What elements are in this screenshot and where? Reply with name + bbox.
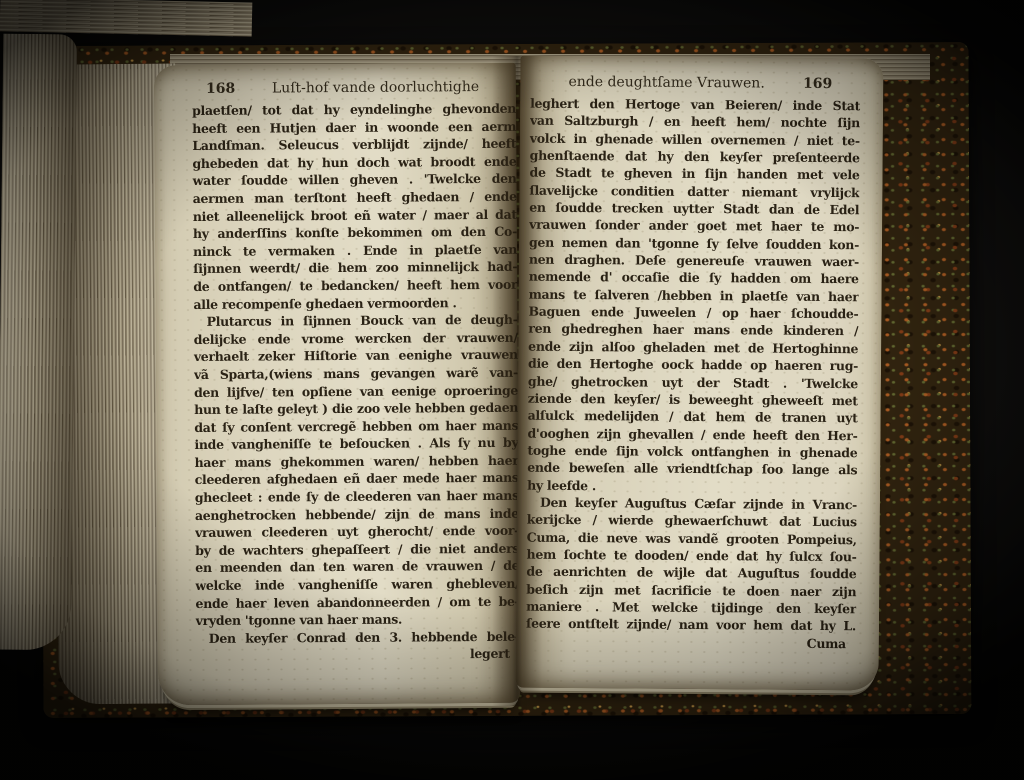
left-running-title: Luſt-hof vande doorluchtighe [235,77,516,99]
text-line: alle recompenſe ghedaen vermoorden . [193,293,517,313]
text-line: plaetſen/ tot dat hy eyndelinghe ghevond… [192,100,516,120]
text-line: aermen man terſtont heeft ghedaen / ende [193,188,517,208]
text-line: de aenrichten de wijle dat Auguſtus ſoud… [526,563,856,583]
text-line: aenghetrocken hebbende/ zijn de mans ind… [195,504,519,524]
left-page-text-block: plaetſen/ tot dat hy eyndelinghe ghevond… [192,100,520,648]
text-line: ende beweſen alle vriendtſchap ſoo lange… [527,459,857,479]
text-line: de ontfangen/ te bedancken/ heeft hem vo… [193,276,517,296]
text-line: den lijfve/ ten opſiene van eenige oproe… [194,381,518,401]
page-edges-right [0,34,77,651]
text-line: ſeere ontſtelt zijnde/ nam voor hem dat … [526,615,856,635]
right-page-number: 169 [803,74,832,94]
text-line: ghecleet : ende ſy de cleederen van haer… [195,487,519,507]
text-line: verhaelt zeker Hiſtorie van eenighe vrau… [194,346,518,366]
text-line: cleederen afghedaen eñ daer mede haer ma… [195,469,519,489]
text-line: ghebeden dat hy hun doch wat broodt ende [192,153,516,173]
text-line: ninck te vermaken . Ende in plaetſe van [193,240,517,260]
text-line: haer mans ghekommen waren/ hebben haer [194,452,518,472]
right-page: ende deughtſame Vrauwen. 169 leghert den… [516,56,884,691]
text-line: ſijnnen weerdt/ die hem zoo minnelijck h… [193,258,517,278]
right-page-text-block: leghert den Hertoge van Beieren/ inde St… [526,95,860,635]
text-line: en meenden dan ten waren de vrauwen / de [195,557,519,577]
text-line: vryden 'tgonne van haer mans. [196,610,520,630]
left-catchword: legert [196,645,520,665]
text-line: hy anderſſins konſte bekommen om den Co- [193,223,517,243]
text-line: dat ſy conſent vercregẽ hebben om haer m… [194,416,518,436]
text-line: delijcke ende vrome wercken der vrauwen/ [194,328,518,348]
right-text-column: ende deughtſame Vrauwen. 169 leghert den… [526,72,861,653]
page-edges-top-right [0,0,252,37]
right-running-title: ende deughtſame Vrauwen. [530,72,803,94]
text-line: ende haer leven abandonneerden / om te b… [195,592,519,612]
text-line: van Saltzburgh / en heeft hem/ nochte ſi… [530,112,860,132]
text-line: welcke inde vangheniſſe waren ghebleven/ [195,575,519,595]
right-running-header: ende deughtſame Vrauwen. 169 [530,72,860,95]
photo-background: 168 Luſt-hof vande doorluchtighe plaetſe… [0,0,1024,780]
text-line: alſulck medelijden / dat hem de tranen u… [528,407,858,427]
text-line: de Stadt te gheven in ſijn handen met ve… [529,164,859,184]
text-line: vrauwen ſonder ander goet met haer te mo… [529,216,859,236]
text-line: inde vangheniſſe te beſoucken . Als ſy n… [194,434,518,454]
left-text-column: 168 Luſt-hof vande doorluchtighe plaetſe… [192,77,520,665]
text-line: hun te laſte geleyt ) die zoo vele hebbe… [194,399,518,419]
text-line: Landſman. Seleucus verblijdt zijnde/ hee… [192,135,516,155]
text-line: die den Hertoghe oock hadde op haeren ru… [528,355,858,375]
left-page: 168 Luſt-hof vande doorluchtighe plaetſe… [154,63,520,706]
text-line: water ſoudde willen gheven . 'Twelcke de… [193,170,517,190]
text-line: kerijcke / wierde ghewaerſchuwt dat Luci… [527,511,857,531]
text-line: heeft een Hutjen daer in woonde een aerm [192,117,516,137]
text-line: niet alleenelijck broot eñ water / maer … [193,205,517,225]
left-page-number: 168 [206,79,235,99]
left-running-header: 168 Luſt-hof vande doorluchtighe [192,77,516,99]
text-line: by de wachters ghepaſſeert / die niet an… [195,540,519,560]
text-line: vã Sparta,(wiens mans gevangen warẽ van- [194,364,518,384]
text-line: vrauwen cleederen uyt gherocht/ ende voo… [195,522,519,542]
text-line: Plutarcus in ſijnnen Bouck van de deugh- [194,311,518,331]
right-catchword: Cuma [526,632,856,652]
text-line: Den keyſer Conrad den 3. hebbende bele- [196,628,520,648]
